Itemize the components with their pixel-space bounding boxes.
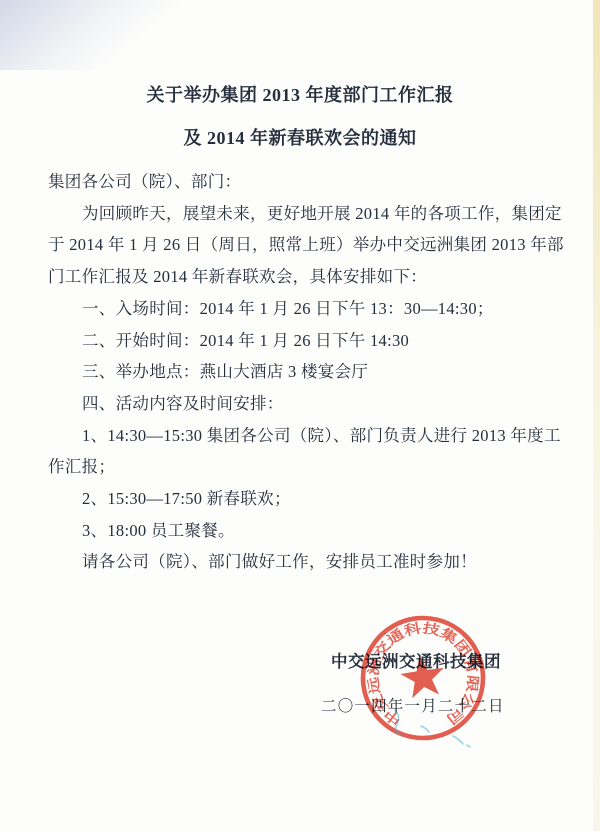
seal-ring [355,610,491,746]
seal-ring-text-holder: 中交远洲交通科技集团有限公司 [358,612,488,739]
seal-ring-text: 中交远洲交通科技集团有限公司 [358,612,488,739]
scanned-notice-page: 关于举办集团 2013 年度部门工作汇报 及 2014 年新春联欢会的通知 集团… [0,0,600,831]
title-line-2: 及 2014 年新春联欢会的通知 [0,117,600,160]
company-seal-stamp: 中交远洲交通科技集团有限公司 [338,593,508,763]
agenda-1-line-1: 1、14:30—15:30 集团各公司（院）、部门负责人进行 2013 年度工 [48,420,588,452]
item-agenda-heading: 四、活动内容及时间安排： [48,388,588,420]
intro-line-1: 为回顾昨天，展望未来，更好地开展 2014 年的各项工作，集团定 [48,198,588,230]
scan-shadow-top-left [0,0,190,70]
agenda-1-line-2: 作汇报； [48,451,588,483]
agenda-3: 3、18:00 员工聚餐。 [48,515,588,547]
intro-line-3: 门工作汇报及 2014 年新春联欢会，具体安排如下： [48,261,588,293]
notice-title: 关于举办集团 2013 年度部门工作汇报 及 2014 年新春联欢会的通知 [0,74,600,160]
agenda-2: 2、15:30—17:50 新春联欢； [48,483,588,515]
item-venue: 三、举办地点：燕山大酒店 3 楼宴会厅 [48,356,588,388]
item-start-time: 二、开始时间：2014 年 1 月 26 日下午 14:30 [48,325,588,357]
notice-body: 集团各公司（院）、部门： 为回顾昨天，展望未来，更好地开展 2014 年的各项工… [48,166,588,578]
salutation-line: 集团各公司（院）、部门： [48,166,588,198]
issuer-name: 中交远洲交通科技集团 [331,648,501,672]
intro-line-2: 于 2014 年 1 月 26 日（周日，照常上班）举办中交远洲集团 2013 … [48,229,588,261]
item-entry-time: 一、入场时间：2014 年 1 月 26 日下午 13：30—14:30； [48,293,588,325]
closing-line: 请各公司（院）、部门做好工作，安排员工准时参加！ [48,546,588,578]
issue-date: 二〇一四年一月二十二日 [321,694,505,716]
title-line-1: 关于举办集团 2013 年度部门工作汇报 [0,74,600,117]
